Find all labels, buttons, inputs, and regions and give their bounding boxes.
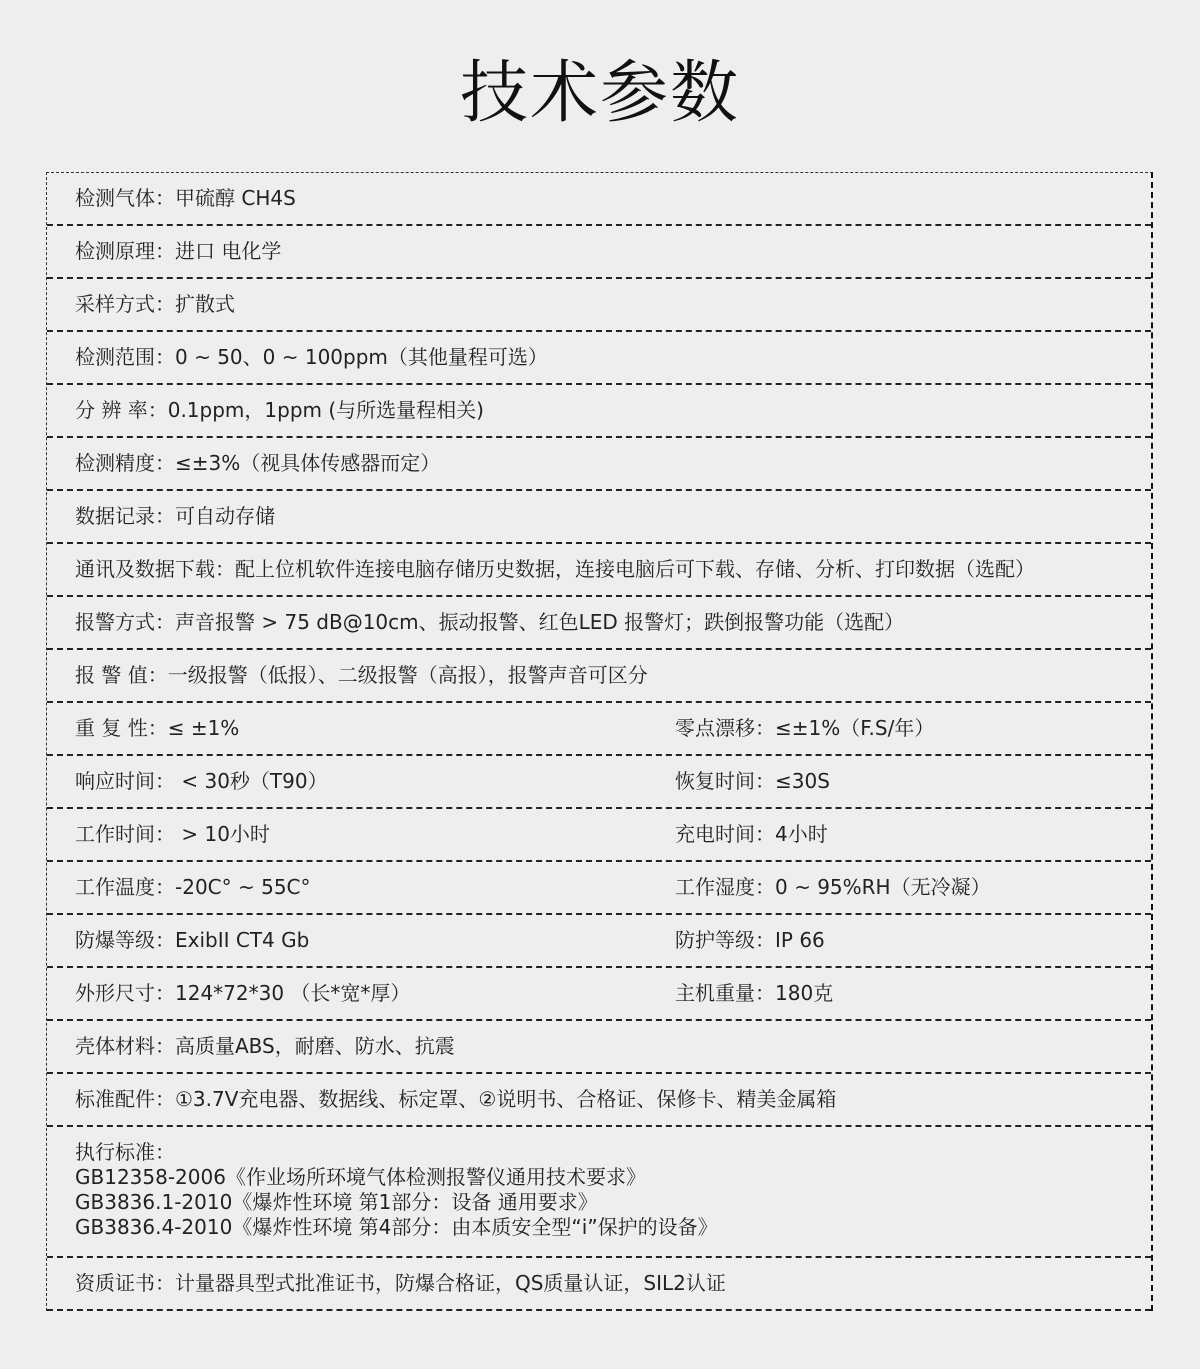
spec-accuracy: 检测精度：≤±3%（视具体传感器而定） [75, 438, 440, 489]
spec-recovery-time: 恢复时间：≤30S [675, 756, 830, 807]
spec-standards: 执行标准： GB12358-2006《作业场所环境气体检测报警仪通用技术要求》 … [75, 1140, 718, 1240]
spec-work-time: 工作时间： > 10小时 [75, 809, 270, 860]
spec-humidity: 工作湿度：0 ~ 95%RH（无冷凝） [675, 862, 991, 913]
spec-row-alarm-value: 报 警 值：一级报警（低报）、二级报警（高报），报警声音可区分 [47, 650, 1151, 703]
spec-row-range: 检测范围：0 ~ 50、0 ~ 100ppm（其他量程可选） [47, 332, 1151, 385]
spec-alarm-mode: 报警方式：声音报警 > 75 dB@10cm、振动报警、红色LED 报警灯；跌倒… [75, 597, 904, 648]
spec-principle: 检测原理：进口 电化学 [75, 226, 281, 277]
spec-communication: 通讯及数据下载：配上位机软件连接电脑存储历史数据，连接电脑后可下载、存储、分析、… [75, 544, 1035, 595]
spec-row-temperature: 工作温度：-20C° ~ 55C° 工作湿度：0 ~ 95%RH（无冷凝） [47, 862, 1151, 915]
spec-row-resolution: 分 辨 率：0.1ppm，1ppm (与所选量程相关) [47, 385, 1151, 438]
spec-row-standards: 执行标准： GB12358-2006《作业场所环境气体检测报警仪通用技术要求》 … [47, 1127, 1151, 1258]
spec-row-communication: 通讯及数据下载：配上位机软件连接电脑存储历史数据，连接电脑后可下载、存储、分析、… [47, 544, 1151, 597]
spec-row-accuracy: 检测精度：≤±3%（视具体传感器而定） [47, 438, 1151, 491]
spec-row-accessories: 标准配件：①3.7V充电器、数据线、标定罩、②说明书、合格证、保修卡、精美金属箱 [47, 1074, 1151, 1127]
spec-row-repeatability: 重 复 性：≤ ±1% 零点漂移：≤±1%（F.S/年） [47, 703, 1151, 756]
spec-row-principle: 检测原理：进口 电化学 [47, 226, 1151, 279]
spec-sampling: 采样方式：扩散式 [75, 279, 235, 330]
spec-resolution: 分 辨 率：0.1ppm，1ppm (与所选量程相关) [75, 385, 484, 436]
spec-row-housing: 壳体材料：高质量ABS，耐磨、防水、抗震 [47, 1021, 1151, 1074]
spec-accessories: 标准配件：①3.7V充电器、数据线、标定罩、②说明书、合格证、保修卡、精美金属箱 [75, 1074, 836, 1125]
spec-range: 检测范围：0 ~ 50、0 ~ 100ppm（其他量程可选） [75, 332, 548, 383]
spec-table: 检测气体：甲硫醇 CH4S 检测原理：进口 电化学 采样方式：扩散式 检测范围：… [46, 172, 1153, 1311]
spec-row-dimensions: 外形尺寸：124*72*30 （长*宽*厚） 主机重量：180克 [47, 968, 1151, 1021]
spec-weight: 主机重量：180克 [675, 968, 833, 1019]
spec-housing: 壳体材料：高质量ABS，耐磨、防水、抗震 [75, 1021, 455, 1072]
spec-row-gas: 检测气体：甲硫醇 CH4S [47, 173, 1151, 226]
spec-dimensions: 外形尺寸：124*72*30 （长*宽*厚） [75, 968, 410, 1019]
spec-response-time: 响应时间： < 30秒（T90） [75, 756, 328, 807]
spec-row-alarm-mode: 报警方式：声音报警 > 75 dB@10cm、振动报警、红色LED 报警灯；跌倒… [47, 597, 1151, 650]
spec-row-data-logging: 数据记录：可自动存储 [47, 491, 1151, 544]
spec-row-explosion-proof: 防爆等级：ExibII CT4 Gb 防护等级：IP 66 [47, 915, 1151, 968]
spec-certificates: 资质证书：计量器具型式批准证书，防爆合格证，QS质量认证，SIL2认证 [75, 1258, 726, 1309]
standards-label: 执行标准： [75, 1140, 718, 1165]
spec-charge-time: 充电时间：4小时 [675, 809, 828, 860]
spec-row-response: 响应时间： < 30秒（T90） 恢复时间：≤30S [47, 756, 1151, 809]
page-title: 技术参数 [0, 52, 1200, 136]
spec-alarm-value: 报 警 值：一级报警（低报）、二级报警（高报），报警声音可区分 [75, 650, 648, 701]
spec-data-logging: 数据记录：可自动存储 [75, 491, 275, 542]
spec-row-certificates: 资质证书：计量器具型式批准证书，防爆合格证，QS质量认证，SIL2认证 [47, 1258, 1151, 1311]
spec-row-work-time: 工作时间： > 10小时 充电时间：4小时 [47, 809, 1151, 862]
spec-row-sampling: 采样方式：扩散式 [47, 279, 1151, 332]
spec-zero-drift: 零点漂移：≤±1%（F.S/年） [675, 703, 934, 754]
standard-item: GB12358-2006《作业场所环境气体检测报警仪通用技术要求》 [75, 1165, 718, 1190]
spec-protection-level: 防护等级：IP 66 [675, 915, 825, 966]
standard-item: GB3836.1-2010《爆炸性环境 第1部分：设备 通用要求》 [75, 1190, 718, 1215]
spec-temperature: 工作温度：-20C° ~ 55C° [75, 862, 311, 913]
spec-explosion-proof: 防爆等级：ExibII CT4 Gb [75, 915, 309, 966]
spec-gas: 检测气体：甲硫醇 CH4S [75, 173, 296, 224]
standard-item: GB3836.4-2010《爆炸性环境 第4部分：由本质安全型“i”保护的设备》 [75, 1215, 718, 1240]
spec-repeatability: 重 复 性：≤ ±1% [75, 703, 239, 754]
